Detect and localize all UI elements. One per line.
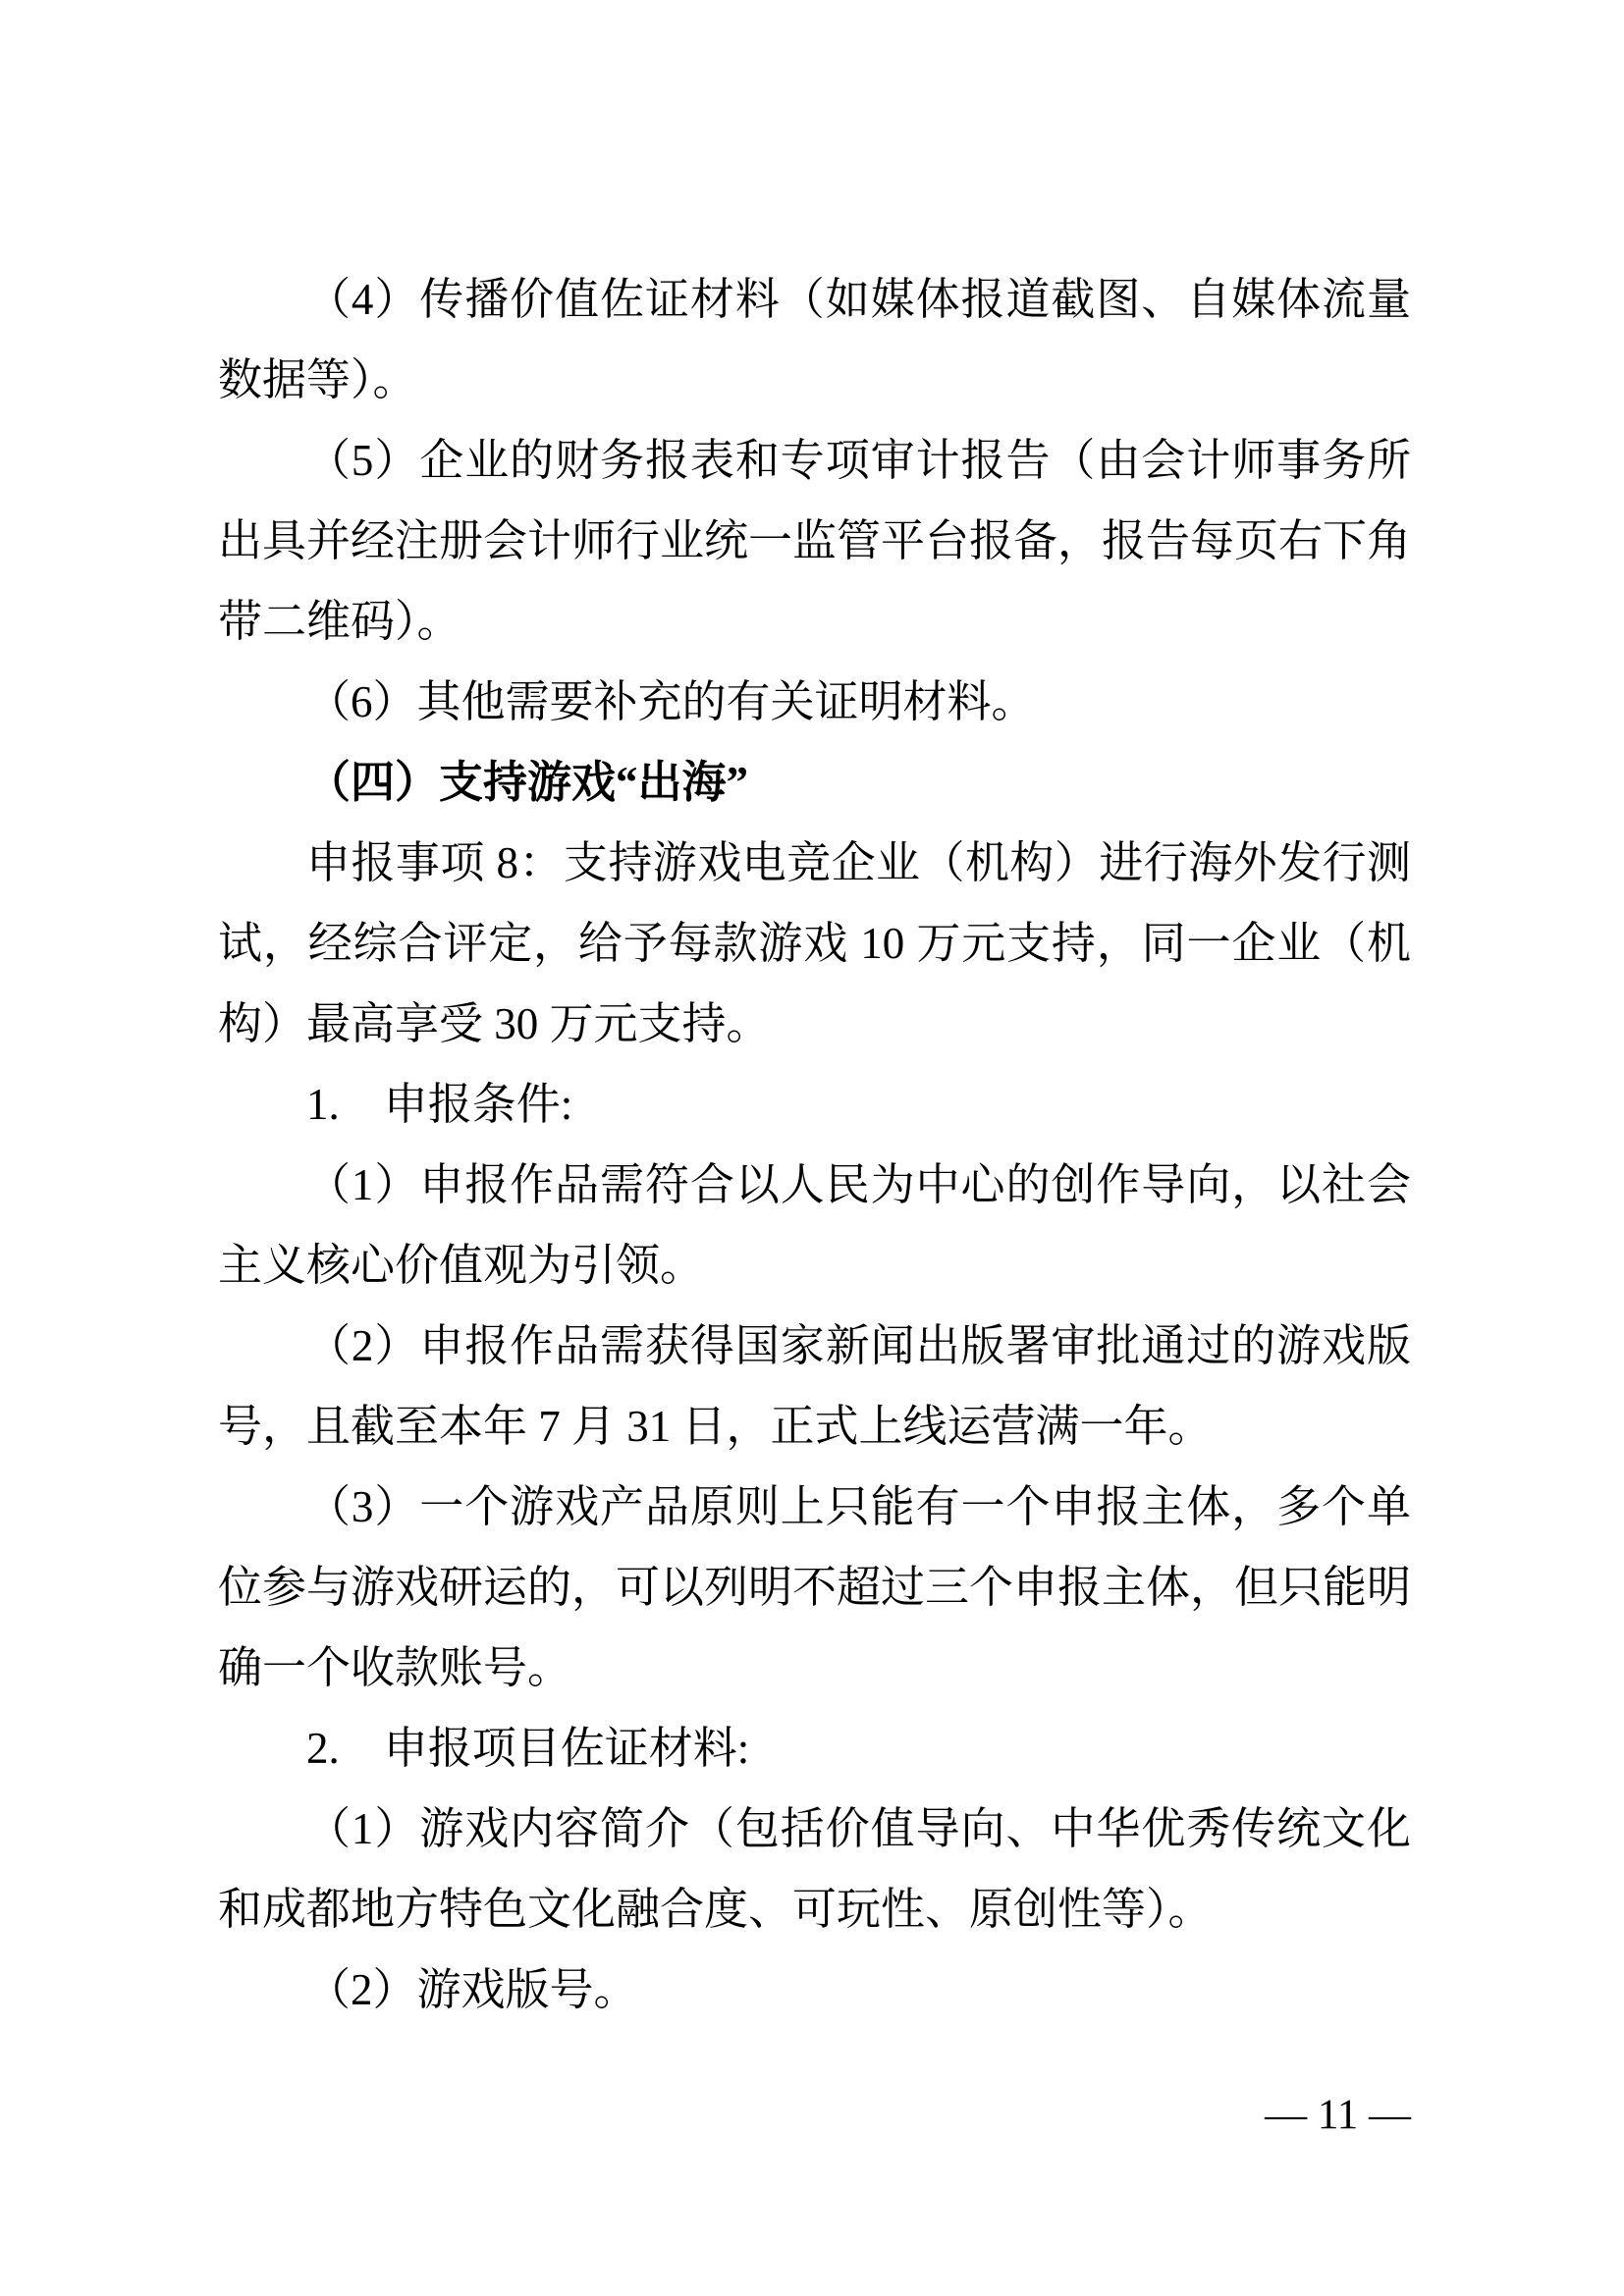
text-line: 带二维码）。	[218, 581, 1411, 662]
text-line: 构）最高享受 30 万元支持。	[218, 984, 1411, 1064]
text-line: 1. 申报条件:	[218, 1064, 1411, 1145]
text-line: （2）申报作品需获得国家新闻出版署审批通过的游戏版	[218, 1306, 1411, 1386]
text-line: （2）游戏版号。	[218, 1949, 1411, 2030]
document-page: （4）传播价值佐证材料（如媒体报道截图、自媒体流量数据等）。（5）企业的财务报表…	[0, 0, 1624, 2296]
text-line: 主义核心价值观为引领。	[218, 1225, 1411, 1306]
page-number: — 11 —	[1265, 2075, 1411, 2156]
text-line: 数据等）。	[218, 340, 1411, 420]
text-line: （5）企业的财务报表和专项审计报告（由会计师事务所	[218, 420, 1411, 501]
text-line: （1）游戏内容简介（包括价值导向、中华优秀传统文化	[218, 1789, 1411, 1869]
text-line: 确一个收款账号。	[218, 1628, 1411, 1708]
text-line: 号，且截至本年 7 月 31 日，正式上线运营满一年。	[218, 1386, 1411, 1467]
text-line: 2. 申报项目佐证材料:	[218, 1708, 1411, 1789]
text-line: 出具并经注册会计师行业统一监管平台报备，报告每页右下角	[218, 501, 1411, 581]
text-line: 试，经综合评定，给予每款游戏 10 万元支持，同一企业（机	[218, 903, 1411, 984]
text-line: （4）传播价值佐证材料（如媒体报道截图、自媒体流量	[218, 259, 1411, 340]
section-heading-line: （四）支持游戏“出海”	[218, 742, 1411, 823]
text-line: （3）一个游戏产品原则上只能有一个申报主体，多个单	[218, 1467, 1411, 1547]
text-line: （6）其他需要补充的有关证明材料。	[218, 662, 1411, 742]
text-line: 位参与游戏研运的，可以列明不超过三个申报主体，但只能明	[218, 1547, 1411, 1628]
text-line: （1）申报作品需符合以人民为中心的创作导向，以社会	[218, 1145, 1411, 1225]
text-line: 和成都地方特色文化融合度、可玩性、原创性等）。	[218, 1869, 1411, 1949]
document-body: （4）传播价值佐证材料（如媒体报道截图、自媒体流量数据等）。（5）企业的财务报表…	[218, 259, 1411, 2030]
text-line: 申报事项 8：支持游戏电竞企业（机构）进行海外发行测	[218, 823, 1411, 903]
